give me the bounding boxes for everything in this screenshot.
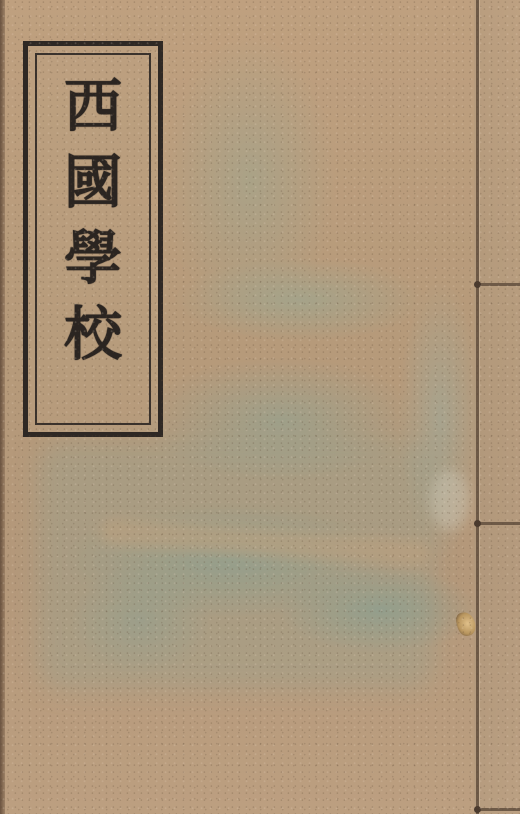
binding-thread [476,0,479,814]
binding-stitch [476,522,520,525]
stitch-knot-icon [474,520,481,527]
title-slip: 西 國 學 校 [23,41,163,437]
stitch-knot-icon [474,281,481,288]
title-char-2: 國 [64,144,122,220]
cover-left-edge [0,0,5,814]
title-char-1: 西 [64,68,122,144]
title-char-4: 校 [64,296,122,372]
binding-spine [474,0,520,814]
worn-patch [430,470,470,530]
book-cover: 西 國 學 校 [0,0,520,814]
water-stain [36,440,436,690]
stitch-knot-icon [474,806,481,813]
book-title: 西 國 學 校 [28,68,158,372]
binding-stitch [476,808,520,811]
title-char-3: 學 [64,220,122,296]
binding-stitch [476,283,520,286]
